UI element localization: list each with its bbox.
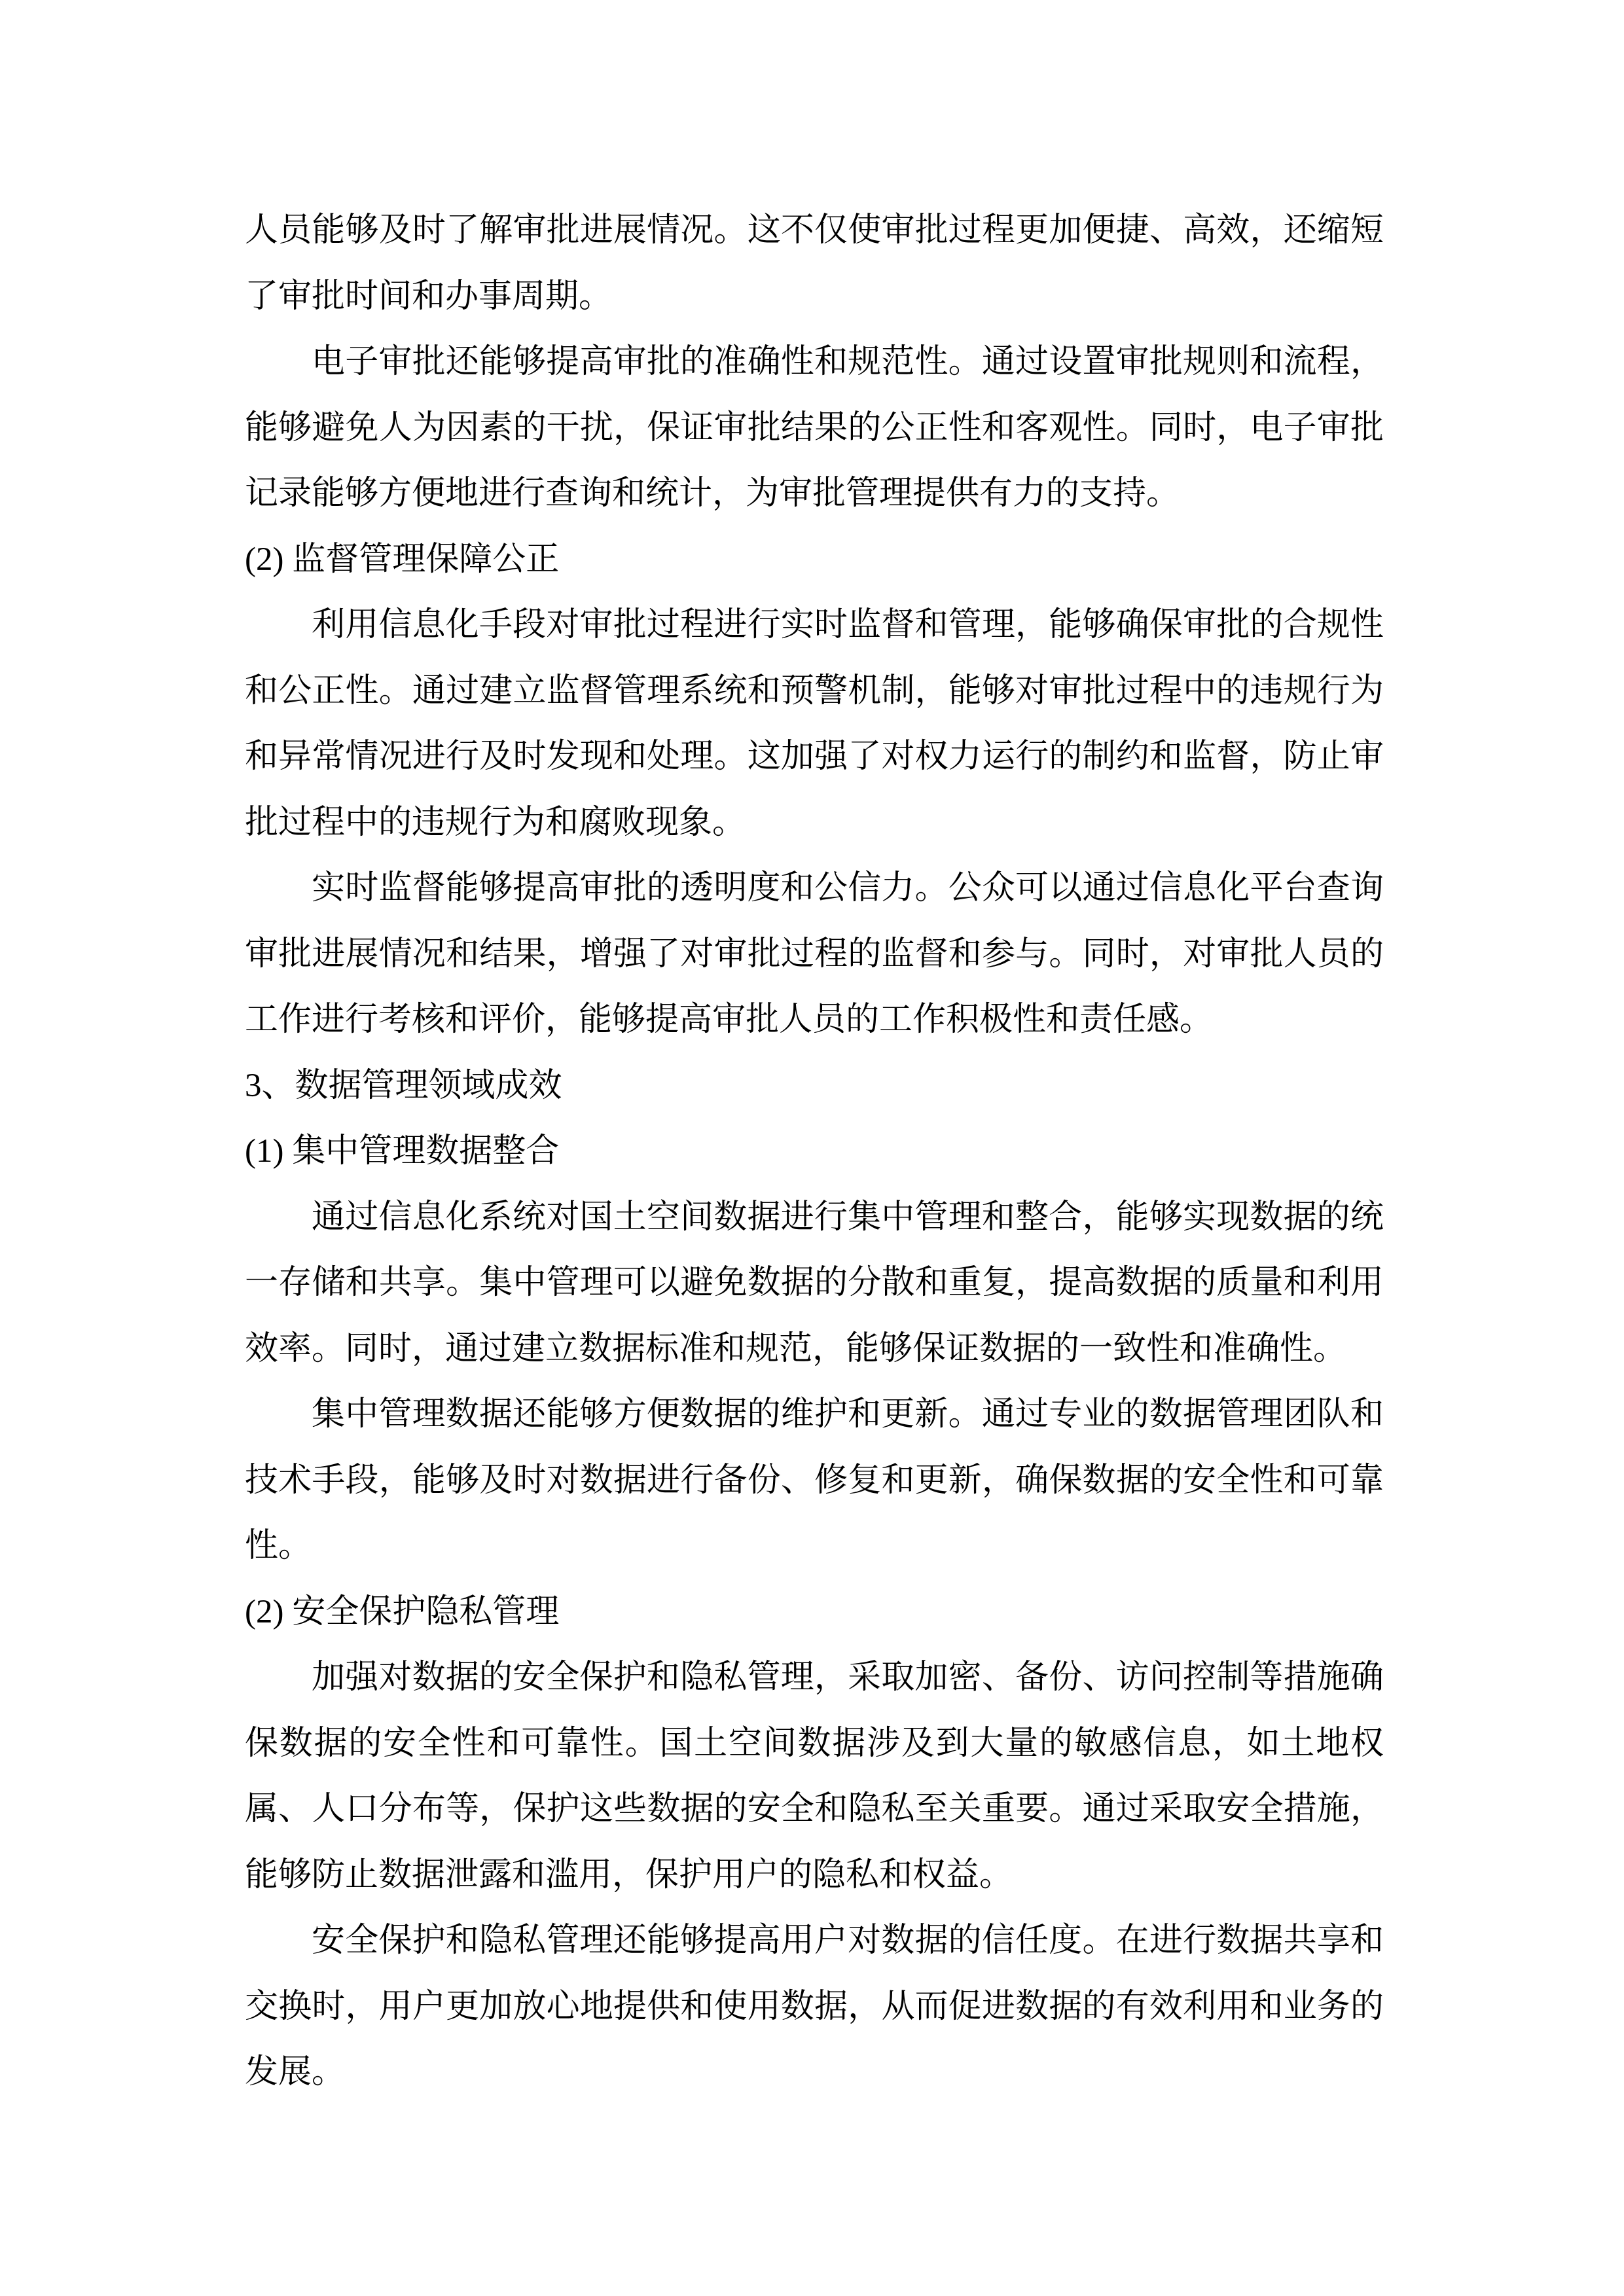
- body-line: 记录能够方便地进行查询和统计，为审批管理提供有力的支持。: [245, 461, 1384, 527]
- body-line: 效率。同时，通过建立数据标准和规范，能够保证数据的一致性和准确性。: [245, 1316, 1384, 1382]
- heading-line: (2) 安全保护隐私管理: [245, 1579, 1384, 1645]
- document-text: 人员能够及时了解审批进展情况。这不仅使审批过程更加便捷、高效，还缩短了审批时间和…: [245, 198, 1384, 2106]
- body-line: 和异常情况进行及时发现和处理。这加强了对权力运行的制约和监督，防止审: [245, 724, 1384, 790]
- heading-line: (2) 监督管理保障公正: [245, 527, 1384, 593]
- body-line: 一存储和共享。集中管理可以避免数据的分散和重复，提高数据的质量和利用: [245, 1250, 1384, 1316]
- body-line: 了审批时间和办事周期。: [245, 264, 1384, 330]
- body-line: 人员能够及时了解审批进展情况。这不仅使审批过程更加便捷、高效，还缩短: [245, 198, 1384, 264]
- body-line: 属、人口分布等，保护这些数据的安全和隐私至关重要。通过采取安全措施，: [245, 1776, 1384, 1842]
- body-line: 加强对数据的安全保护和隐私管理，采取加密、备份、访问控制等措施确: [245, 1645, 1384, 1711]
- body-line: 电子审批还能够提高审批的准确性和规范性。通过设置审批规则和流程，: [245, 329, 1384, 395]
- body-line: 实时监督能够提高审批的透明度和公信力。公众可以通过信息化平台查询: [245, 855, 1384, 922]
- body-line: 利用信息化手段对审批过程进行实时监督和管理，能够确保审批的合规性: [245, 592, 1384, 658]
- body-line: 审批进展情况和结果，增强了对审批过程的监督和参与。同时，对审批人员的: [245, 922, 1384, 988]
- body-line: 安全保护和隐私管理还能够提高用户对数据的信任度。在进行数据共享和: [245, 1908, 1384, 1974]
- body-line: 保数据的安全性和可靠性。国土空间数据涉及到大量的敏感信息，如土地权: [245, 1711, 1384, 1777]
- body-line: 通过信息化系统对国土空间数据进行集中管理和整合，能够实现数据的统: [245, 1185, 1384, 1251]
- body-line: 技术手段，能够及时对数据进行备份、修复和更新，确保数据的安全性和可靠: [245, 1448, 1384, 1514]
- heading-line: 3、数据管理领域成效: [245, 1053, 1384, 1119]
- body-line: 工作进行考核和评价，能够提高审批人员的工作积极性和责任感。: [245, 987, 1384, 1053]
- body-line: 集中管理数据还能够方便数据的维护和更新。通过专业的数据管理团队和: [245, 1382, 1384, 1448]
- body-line: 交换时，用户更加放心地提供和使用数据，从而促进数据的有效利用和业务的: [245, 1974, 1384, 2040]
- body-line: 性。: [245, 1513, 1384, 1579]
- body-line: 批过程中的违规行为和腐败现象。: [245, 790, 1384, 856]
- body-line: 能够防止数据泄露和滥用，保护用户的隐私和权益。: [245, 1842, 1384, 1909]
- heading-line: (1) 集中管理数据整合: [245, 1119, 1384, 1185]
- body-line: 和公正性。通过建立监督管理系统和预警机制，能够对审批过程中的违规行为: [245, 658, 1384, 725]
- body-line: 能够避免人为因素的干扰，保证审批结果的公正性和客观性。同时，电子审批: [245, 395, 1384, 461]
- document-page: 人员能够及时了解审批进展情况。这不仅使审批过程更加便捷、高效，还缩短了审批时间和…: [0, 0, 1624, 2296]
- body-line: 发展。: [245, 2039, 1384, 2106]
